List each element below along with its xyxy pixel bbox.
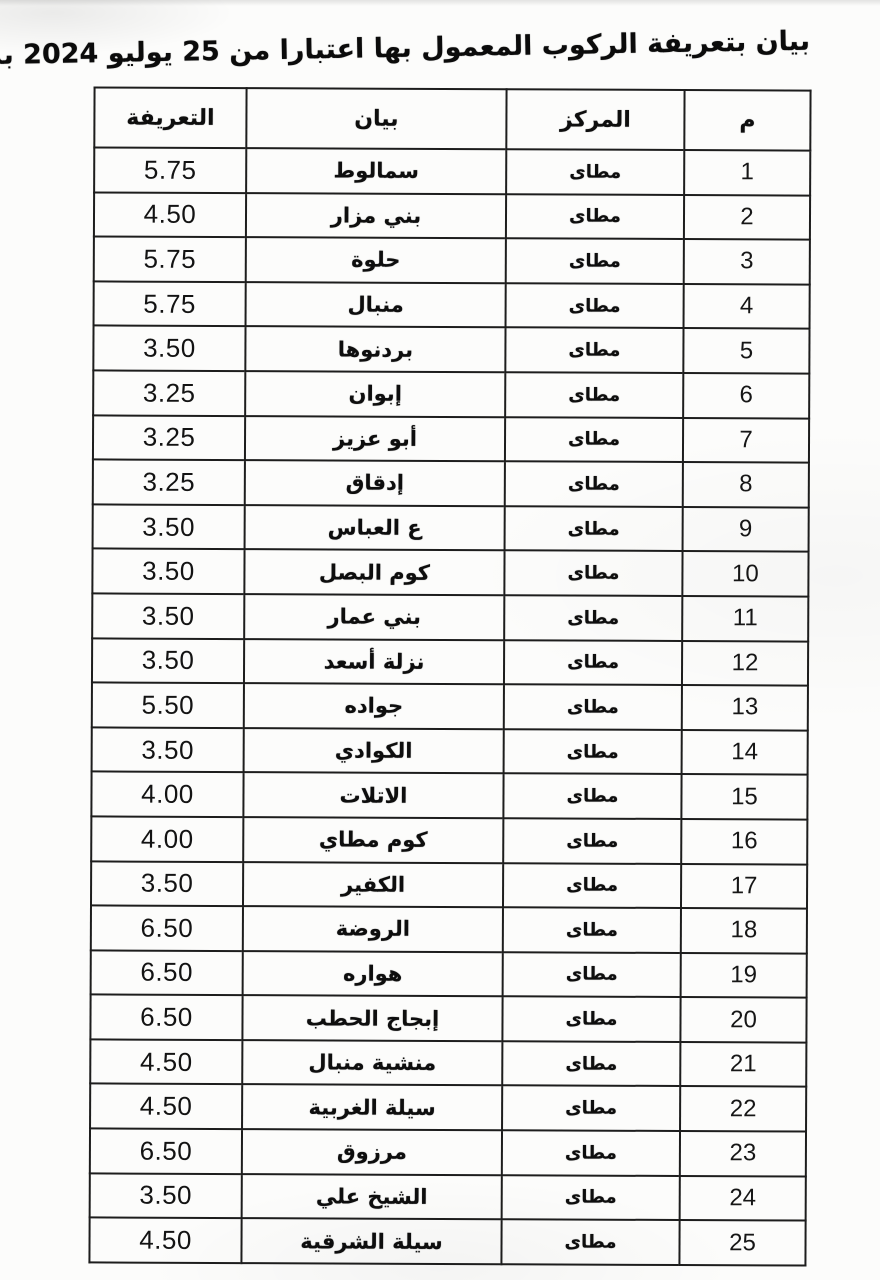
table-row: 24مطاىالشيخ علي3.50 [90,1173,806,1221]
tariff-value-cell: 3.50 [93,326,245,371]
center-name-cell: مطاى [506,238,684,283]
tariff-value-cell: 3.50 [92,727,244,772]
place-name-cell: نزلة أسعد [244,639,504,685]
tariff-value-cell: 5.75 [94,281,246,326]
center-name-cell: مطاى [505,328,683,373]
center-name-cell: مطاى [506,194,684,239]
table-row: 4مطاىمنبال5.75 [94,281,810,329]
center-name-cell: مطاى [504,595,682,640]
table-row: 11مطاىبني عمار3.50 [92,593,808,641]
table-row: 25مطاىسيلة الشرقية4.50 [89,1218,805,1266]
tariff-value-cell: 3.50 [93,504,245,549]
table-row: 13مطاىجواده5.50 [92,683,808,731]
center-name-cell: مطاى [506,149,684,194]
center-name-cell: مطاى [503,818,681,863]
center-name-cell: مطاى [505,461,683,506]
place-name-cell: الكوادي [244,728,504,774]
tariff-value-cell: 6.50 [91,950,243,995]
row-number-cell: 17 [681,864,807,909]
center-name-cell: مطاى [503,774,681,819]
place-name-cell: جواده [244,683,504,729]
center-name-cell: مطاى [504,684,682,729]
row-number-cell: 12 [682,641,808,686]
table-row: 22مطاىسيلة الغربية4.50 [90,1084,806,1132]
table-row: 3مطاىحلوة5.75 [94,237,810,285]
place-name-cell: ع العباس [245,505,505,551]
table-row: 1مطاىسمالوط5.75 [94,147,810,195]
row-number-cell: 5 [683,328,809,373]
row-number-cell: 21 [680,1042,806,1087]
row-number-cell: 16 [681,819,807,864]
tariff-value-cell: 5.50 [92,683,244,728]
center-name-cell: مطاى [503,952,681,997]
row-number-cell: 10 [682,551,808,596]
tariff-value-cell: 4.50 [90,1039,242,1084]
table-row: 12مطاىنزلة أسعد3.50 [92,638,808,686]
row-number-cell: 11 [682,596,808,641]
header-tariff: التعريفة [94,87,246,148]
center-name-cell: مطاى [505,417,683,462]
table-row: 6مطاىإبوان3.25 [93,370,809,418]
tariff-value-cell: 3.50 [92,638,244,683]
tariff-value-cell: 6.50 [91,906,243,951]
place-name-cell: هواره [243,951,503,997]
center-name-cell: مطاى [501,1219,679,1264]
tariff-value-cell: 4.50 [89,1218,241,1263]
table-row: 17مطاىالكفير3.50 [91,861,807,909]
table-row: 7مطاىأبو عزيز3.25 [93,415,809,463]
row-number-cell: 4 [684,284,810,329]
center-name-cell: مطاى [502,997,680,1042]
place-name-cell: الكفير [243,862,503,908]
row-number-cell: 22 [680,1086,806,1131]
fare-table-body: 1مطاىسمالوط5.752مطاىبني مزار4.503مطاىحلو… [89,147,810,1265]
table-row: 2مطاىبني مزار4.50 [94,192,810,240]
center-name-cell: مطاى [502,1041,680,1086]
place-name-cell: مرزوق [242,1129,502,1175]
center-name-cell: مطاى [504,729,682,774]
tariff-value-cell: 3.50 [91,861,243,906]
table-row: 21مطاىمنشية منبال4.50 [90,1039,806,1087]
table-row: 23مطاىمرزوق6.50 [90,1128,806,1176]
place-name-cell: إدقاق [245,460,505,506]
place-name-cell: إبوان [245,371,505,417]
header-statement: بيان [246,88,506,149]
center-name-cell: مطاى [503,863,681,908]
center-name-cell: مطاى [502,1086,680,1131]
place-name-cell: الاتلات [243,772,503,818]
row-number-cell: 2 [684,195,810,240]
document-title: بيان بتعريفة الركوب المعمول بها اعتبارا … [90,26,810,70]
tariff-value-cell: 5.75 [94,237,246,282]
center-name-cell: مطاى [505,506,683,551]
row-number-cell: 8 [683,462,809,507]
place-name-cell: سمالوط [246,148,506,194]
tariff-value-cell: 5.75 [94,147,246,192]
tariff-value-cell: 3.25 [93,370,245,415]
table-row: 18مطاىالروضة6.50 [91,906,807,954]
tariff-value-cell: 4.00 [91,816,243,861]
center-name-cell: مطاى [506,283,684,328]
table-row: 16مطاىكوم مطاي4.00 [91,816,807,864]
header-index: م [684,90,810,151]
row-number-cell: 23 [680,1131,806,1176]
tariff-value-cell: 6.50 [90,995,242,1040]
header-center: المركز [506,89,684,150]
row-number-cell: 3 [684,239,810,284]
place-name-cell: حلوة [246,237,506,283]
tariff-value-cell: 3.50 [90,1173,242,1218]
tariff-value-cell: 3.50 [92,549,244,594]
table-row: 9مطاىع العباس3.50 [93,504,809,552]
place-name-cell: الروضة [243,906,503,952]
row-number-cell: 15 [681,774,807,819]
row-number-cell: 7 [683,418,809,463]
row-number-cell: 1 [684,150,810,195]
place-name-cell: الشيخ علي [242,1174,502,1220]
tariff-value-cell: 3.50 [92,593,244,638]
place-name-cell: كوم مطاي [243,817,503,863]
table-row: 15مطاىالاتلات4.00 [91,772,807,820]
place-name-cell: أبو عزيز [245,416,505,462]
center-name-cell: مطاى [504,640,682,685]
tariff-value-cell: 4.50 [90,1084,242,1129]
table-row: 14مطاىالكوادي3.50 [92,727,808,775]
center-name-cell: مطاى [504,551,682,596]
place-name-cell: منبال [246,282,506,328]
table-row: 8مطاىإدقاق3.25 [93,460,809,508]
row-number-cell: 25 [679,1220,805,1265]
table-row: 5مطاىبردنوها3.50 [93,326,809,374]
center-name-cell: مطاى [505,372,683,417]
place-name-cell: إبجاج الحطب [242,995,502,1041]
table-row: 19مطاىهواره6.50 [91,950,807,998]
center-name-cell: مطاى [503,907,681,952]
header-row: م المركز بيان التعريفة [94,87,810,150]
center-name-cell: مطاى [502,1175,680,1220]
scanned-document-page: بيان بتعريفة الركوب المعمول بها اعتبارا … [0,0,880,1280]
center-name-cell: مطاى [502,1130,680,1175]
row-number-cell: 20 [680,997,806,1042]
table-row: 20مطاىإبجاج الحطب6.50 [90,995,806,1043]
row-number-cell: 24 [680,1176,806,1221]
place-name-cell: منشية منبال [242,1040,502,1086]
table-row: 10مطاىكوم البصل3.50 [92,549,808,597]
place-name-cell: كوم البصل [244,549,504,595]
place-name-cell: سيلة الغربية [242,1085,502,1131]
place-name-cell: بني عمار [244,594,504,640]
fare-table-container: م المركز بيان التعريفة 1مطاىسمالوط5.752م… [88,86,811,1266]
tariff-value-cell: 3.25 [93,415,245,460]
row-number-cell: 6 [683,373,809,418]
place-name-cell: بردنوها [245,326,505,372]
row-number-cell: 18 [681,908,807,953]
row-number-cell: 19 [681,953,807,998]
place-name-cell: بني مزار [246,193,506,239]
tariff-value-cell: 3.25 [93,460,245,505]
place-name-cell: سيلة الشرقية [241,1218,501,1264]
tariff-value-cell: 4.00 [91,772,243,817]
row-number-cell: 9 [683,507,809,552]
tariff-value-cell: 4.50 [94,192,246,237]
row-number-cell: 13 [682,685,808,730]
row-number-cell: 14 [682,730,808,775]
fare-table: م المركز بيان التعريفة 1مطاىسمالوط5.752م… [88,86,811,1266]
tariff-value-cell: 6.50 [90,1128,242,1173]
